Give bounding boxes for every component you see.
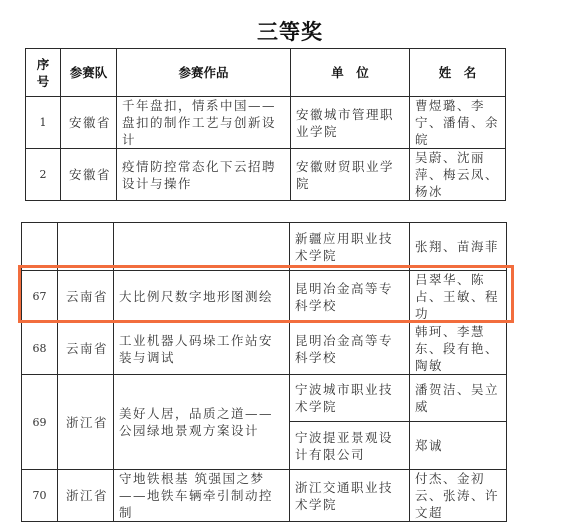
cell-team: 安徽省: [61, 97, 117, 149]
cell-team: 浙江省: [58, 375, 114, 470]
cell-names: 潘贺洁、吴立威: [410, 375, 507, 422]
cell-names: 吴蔚、沈丽萍、梅云凤、杨冰: [410, 149, 506, 201]
cell-team: 云南省: [58, 323, 114, 375]
table-row: 69 浙江省 美好人居，品质之道——公园绿地景观方案设计 宁波城市职业技术学院 …: [22, 375, 507, 422]
table-row: 1 安徽省 千年盘扣，情系中国——盘扣的制作工艺与创新设计 安徽城市管理职业学院…: [26, 97, 506, 149]
table-row-highlighted: 67 云南省 大比例尺数字地形图测绘 昆明冶金高等专科学校 吕翠华、陈占、王敏、…: [22, 271, 507, 323]
cell-names: 曹煜璐、李宁、潘倩、余皖: [410, 97, 506, 149]
header-work: 参赛作品: [117, 49, 291, 97]
cell-team: 安徽省: [61, 149, 117, 201]
award-table-bottom: 新疆应用职业技术学院 张翔、苗海菲 67 云南省 大比例尺数字地形图测绘 昆明冶…: [21, 222, 507, 522]
header-names: 姓 名: [410, 49, 506, 97]
cell-unit: 昆明冶金高等专科学校: [290, 323, 410, 375]
cell-no: 68: [22, 323, 58, 375]
table-row: 2 安徽省 疫情防控常态化下云招聘设计与操作 安徽财贸职业学院 吴蔚、沈丽萍、梅…: [26, 149, 506, 201]
cell-names: 张翔、苗海菲: [410, 223, 507, 271]
cell-team: 云南省: [58, 271, 114, 323]
cell-work: 大比例尺数字地形图测绘: [114, 271, 290, 323]
cell-work: 千年盘扣，情系中国——盘扣的制作工艺与创新设计: [117, 97, 291, 149]
table-row: 68 云南省 工业机器人码垛工作站安装与调试 昆明冶金高等专科学校 韩珂、李慧东…: [22, 323, 507, 375]
cell-no: 67: [22, 271, 58, 323]
cell-unit: 宁波提亚景观设计有限公司: [290, 422, 410, 470]
table-header-row: 序号 参赛队 参赛作品 单 位 姓 名: [26, 49, 506, 97]
table-row: 70 浙江省 守地铁根基 筑强国之梦——地铁车辆牵引制动控制 浙江交通职业技术学…: [22, 470, 507, 522]
cell-names: 付杰、金初云、张涛、许文超: [410, 470, 507, 522]
cell-no: 70: [22, 470, 58, 522]
header-no: 序号: [26, 49, 61, 97]
cell-names: 吕翠华、陈占、王敏、程功: [410, 271, 507, 323]
cell-names: 韩珂、李慧东、段有艳、陶敏: [410, 323, 507, 375]
award-title: 三等奖: [0, 16, 580, 46]
cell-no: 1: [26, 97, 61, 149]
header-team: 参赛队: [61, 49, 117, 97]
cell-unit: 宁波城市职业技术学院: [290, 375, 410, 422]
cell-work: 疫情防控常态化下云招聘设计与操作: [117, 149, 291, 201]
cell-names: 郑诚: [410, 422, 507, 470]
cell-no: [22, 223, 58, 271]
cell-work: 美好人居，品质之道——公园绿地景观方案设计: [114, 375, 290, 470]
cell-work: 工业机器人码垛工作站安装与调试: [114, 323, 290, 375]
cell-unit: 新疆应用职业技术学院: [290, 223, 410, 271]
header-unit: 单 位: [291, 49, 410, 97]
cell-unit: 安徽城市管理职业学院: [291, 97, 410, 149]
cell-no: 69: [22, 375, 58, 470]
award-table-top: 序号 参赛队 参赛作品 单 位 姓 名 1 安徽省 千年盘扣，情系中国——盘扣的…: [25, 48, 506, 201]
cell-no: 2: [26, 149, 61, 201]
cell-unit: 安徽财贸职业学院: [291, 149, 410, 201]
cell-work: 守地铁根基 筑强国之梦——地铁车辆牵引制动控制: [114, 470, 290, 522]
cell-team: 浙江省: [58, 470, 114, 522]
cell-work: [114, 223, 290, 271]
cell-team: [58, 223, 114, 271]
table-row: 新疆应用职业技术学院 张翔、苗海菲: [22, 223, 507, 271]
cell-unit: 浙江交通职业技术学院: [290, 470, 410, 522]
cell-unit: 昆明冶金高等专科学校: [290, 271, 410, 323]
